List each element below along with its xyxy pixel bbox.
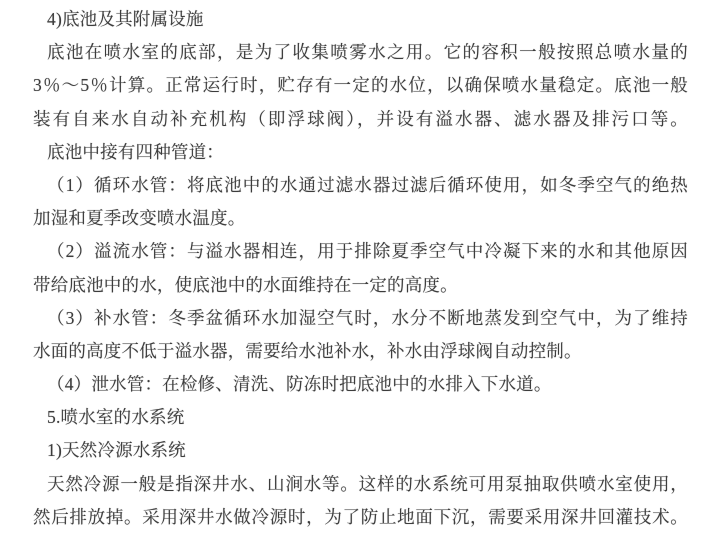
list-item-circulation-pipe: （1）循环水管：将底池中的水通过滤水器过滤后循环使用，如冬季空气的绝热 [33, 169, 688, 202]
heading-bottom-pool-facilities: 4)底池及其附属设施 [33, 3, 688, 36]
text-line: 装有自来水自动补充机构（即浮球阀），并设有溢水器、滤水器及排污口等。 [33, 103, 688, 136]
text-line: 带给底池中的水，使底池中的水面维持在一定的高度。 [33, 269, 688, 302]
text-line: 天然冷源一般是指深井水、山涧水等。这样的水系统可用泵抽取供喷水室使用， [33, 468, 688, 501]
text-line: 水面的高度不低于溢水器，需要给水池补水，补水由浮球阀自动控制。 [33, 335, 688, 368]
document-text-block: 4)底池及其附属设施 底池在喷水室的底部，是为了收集喷雾水之用。它的容积一般按照… [33, 3, 688, 534]
heading-water-system: 5.喷水室的水系统 [33, 401, 688, 434]
text-line: 3％～5％计算。正常运行时，贮存有一定的水位，以确保喷水量稳定。底池一般 [33, 69, 688, 102]
document-page: 4)底池及其附属设施 底池在喷水室的底部，是为了收集喷雾水之用。它的容积一般按照… [0, 0, 702, 537]
list-item-overflow-pipe: （2）溢流水管：与溢水器相连，用于排除夏季空气中冷凝下来的水和其他原因 [33, 235, 688, 268]
text-line: 然后排放掉。采用深井水做冷源时，为了防止地面下沉，需要采用深井回灌技术。 [33, 501, 688, 534]
heading-natural-cold-source: 1)天然冷源水系统 [33, 434, 688, 467]
text-line: 加湿和夏季改变喷水温度。 [33, 202, 688, 235]
list-item-drain-pipe: （4）泄水管：在检修、清洗、防冻时把底池中的水排入下水道。 [33, 368, 688, 401]
list-item-makeup-pipe: （3）补水管：冬季盆循环水加湿空气时，水分不断地蒸发到空气中，为了维持 [33, 302, 688, 335]
text-line-pipe-intro: 底池中接有四种管道： [33, 136, 688, 169]
text-line: 底池在喷水室的底部，是为了收集喷雾水之用。它的容积一般按照总喷水量的 [33, 36, 688, 69]
